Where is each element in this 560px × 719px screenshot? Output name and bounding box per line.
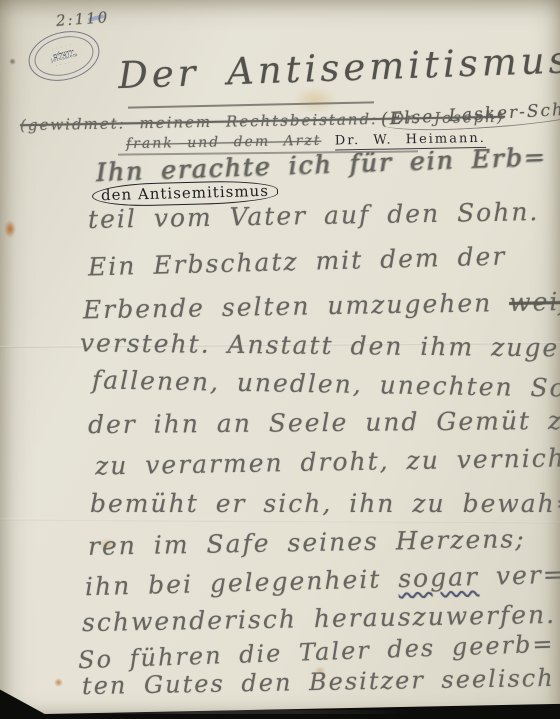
line-4-struck-word: weiß. bbox=[509, 287, 560, 317]
manuscript-line-5: versteht. Anstatt den ihm zuge= bbox=[80, 328, 560, 362]
manuscript-line-7: der ihn an Seele und Gemüt zu bbox=[88, 406, 560, 439]
library-stamp-inner: · · · · · ירושלים Jerusalem · · · · · bbox=[30, 30, 97, 81]
library-stamp: · · · · · ירושלים Jerusalem · · · · · bbox=[23, 24, 104, 88]
line-11-underlined-word: sogar bbox=[398, 562, 479, 593]
dark-speck bbox=[9, 58, 16, 65]
manuscript-line-8: zu verarmen droht, zu vernichten bbox=[95, 442, 560, 480]
line-11-text: ihn bei gelegenheit bbox=[85, 564, 399, 601]
line-11-text-end: ver= bbox=[479, 560, 560, 591]
line-4-text: Erbende selten umzugehen bbox=[83, 288, 510, 324]
manuscript-scan: · · · · · ירושלים Jerusalem · · · · · 2:… bbox=[0, 0, 560, 719]
fold-crease bbox=[0, 519, 560, 524]
page-title: Der Antisemitismus. bbox=[117, 38, 560, 97]
manuscript-paper: · · · · · ירושלים Jerusalem · · · · · 2:… bbox=[0, 0, 560, 719]
dedication-line-2-text: frank und dem Arzt bbox=[126, 133, 322, 152]
manuscript-line-9: bemüht er sich, ihn zu bewah= bbox=[90, 489, 560, 518]
archive-number: 2:110 bbox=[55, 8, 109, 30]
manuscript-line-3: Ein Erbschatz mit dem der bbox=[88, 242, 507, 282]
rust-stain bbox=[54, 678, 63, 687]
title-underline bbox=[128, 101, 374, 108]
manuscript-line-11: ihn bei gelegenheit sogar ver= bbox=[85, 560, 560, 602]
manuscript-line-10: ren im Safe seines Herzens; bbox=[88, 524, 526, 561]
author-annotation: (Else Lasker-Schül. bbox=[381, 98, 560, 133]
manuscript-line-6: fallenen, unedlen, unechten Schatz bbox=[92, 365, 560, 403]
manuscript-line-4: Erbende selten umzugehen weiß. bbox=[83, 287, 560, 325]
rust-stain bbox=[4, 220, 16, 238]
